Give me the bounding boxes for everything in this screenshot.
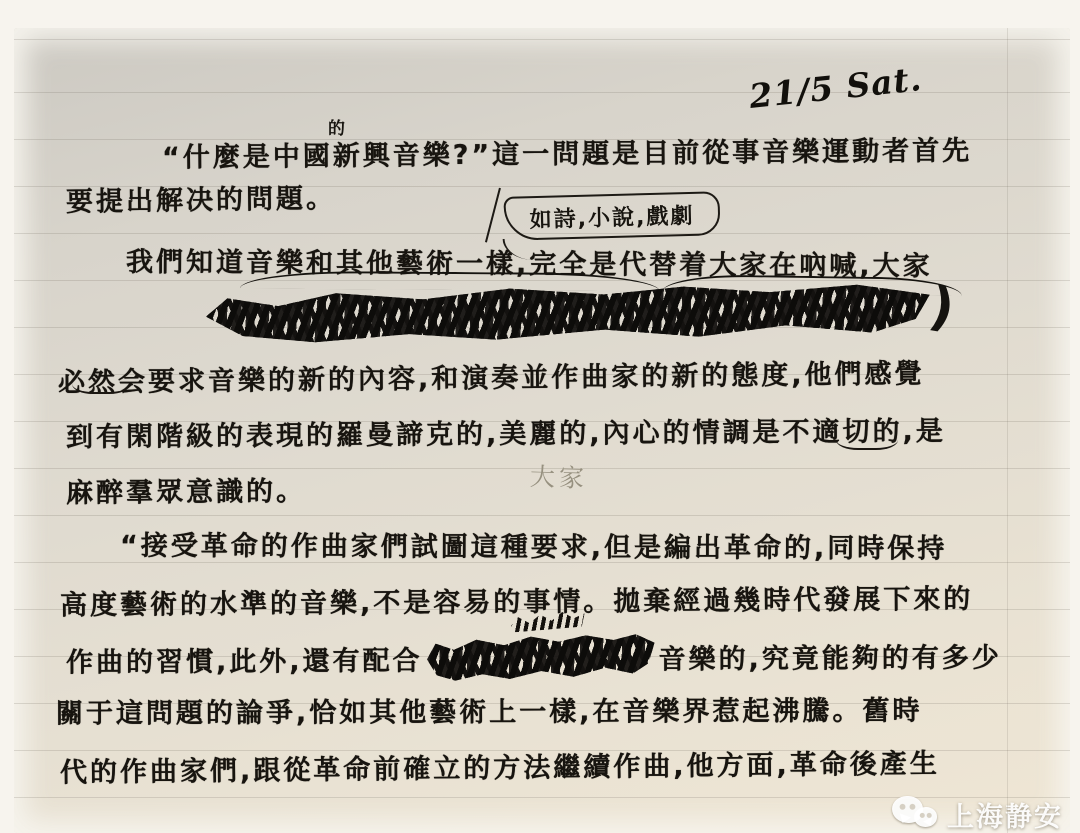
wechat-watermark: 上海静安 [892, 794, 1063, 833]
manuscript-photo: 21/5 Sat. “什麼是中國新興音樂?”這一問題是目前從事音樂運動者首先 的… [14, 28, 1070, 833]
handwritten-date-note: 21/5 Sat. [747, 59, 924, 116]
manuscript-line: 要提出解决的問題。 [66, 176, 337, 219]
circled-insertion-note: 如詩,小說,戲劇 [503, 191, 720, 241]
manuscript-line: 到有閑階級的表現的羅曼諦克的,美麗的,內心的情調是不適切的,是 [66, 409, 946, 454]
manuscript-line: 麻醉羣眾意識的。 [66, 469, 306, 510]
manuscript-line-segment: 音樂的,究竟能夠的有多少 [658, 643, 1001, 676]
wechat-icon [892, 794, 940, 833]
manuscript-line: 關于這問題的論爭,恰如其他藝術上一樣,在音樂界惹起沸騰。舊時 [56, 688, 923, 730]
pencil-margin-note: 大家 [529, 457, 588, 495]
manuscript-line: 代的作曲家們,跟從革命前確立的方法繼續作曲,他方面,革命後產生 [60, 741, 940, 789]
manuscript-line: “接受革命的作曲家們試圖這種要求,但是編出革命的,同時保持 [120, 524, 947, 566]
watermark-label: 上海静安 [947, 795, 1063, 833]
manuscript-line-with-strikeout: 作曲的習慣,此外,還有配合音樂的,究竟能夠的有多少 [66, 633, 1002, 682]
wechat-bubble-small [914, 807, 937, 827]
manuscript-line: 必然会要求音樂的新的內容,和演奏並作曲家的新的態度,他們感覺 [58, 351, 925, 399]
struck-out-words [426, 630, 656, 683]
manuscript-line: “什麼是中國新興音樂?”這一問題是目前從事音樂運動者首先 [162, 128, 972, 174]
inserted-character-note: 的 [328, 114, 345, 139]
screenshot-canvas: 21/5 Sat. “什麼是中國新興音樂?”這一問題是目前從事音樂運動者首先 的… [0, 0, 1080, 833]
circled-insertion-text: 如詩,小說,戲劇 [529, 198, 694, 233]
manuscript-line: 高度藝術的水準的音樂,不是容易的事情。拋棄經過幾時代發展下來的 [60, 577, 974, 622]
manuscript-line-segment: 作曲的習慣,此外,還有配合 [66, 646, 423, 679]
